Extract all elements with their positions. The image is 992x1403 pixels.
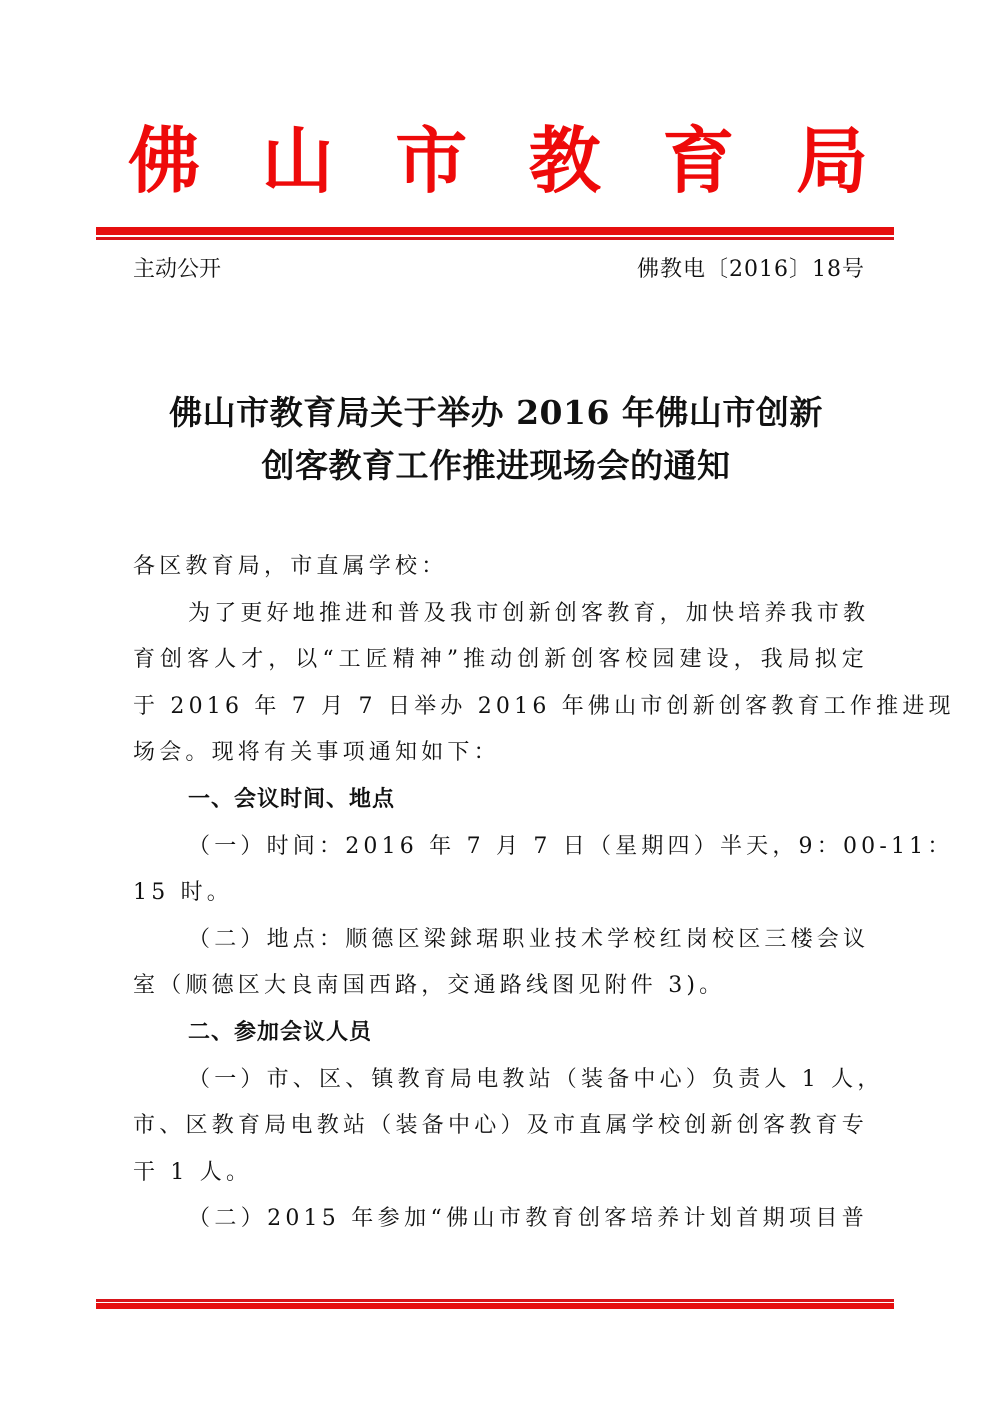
document-title: 佛山市教育局关于举办 2016 年佛山市创新 创客教育工作推进现场会的通知 [96,386,896,492]
masthead-char: 教 [529,118,601,204]
disclosure-label: 主动公开 [133,255,221,285]
header-rule-thick [96,227,894,235]
paragraph-line: 育创客人才，以“工匠精神”推动创新创客校园建设，我局拟定 [133,641,868,688]
title-line: 佛山市教育局关于举办 2016 年佛山市创新 [96,386,896,439]
footer-rule-thick [96,1303,894,1309]
paragraph-line: （一）时间：2016 年 7 月 7 日（星期四）半天，9：00-11： [133,828,868,875]
paragraph-line: 场会。现将有关事项通知如下： [133,734,868,781]
masthead-char: 山 [262,118,334,204]
masthead-char: 市 [395,118,467,204]
footer-rule-thin [96,1299,894,1302]
section-heading: 二、参加会议人员 [133,1014,868,1061]
document-body: 各区教育局，市直属学校： 为了更好地推进和普及我市创新创客教育，加快培养我市教 … [133,548,868,1247]
masthead-char: 育 [662,118,734,204]
paragraph-line: 为了更好地推进和普及我市创新创客教育，加快培养我市教 [133,595,868,642]
paragraph-line: （二）地点：顺德区梁銶琚职业技术学校红岗校区三楼会议 [133,921,868,968]
paragraph-line: 15 时。 [133,874,868,921]
document-number: 佛教电〔2016〕18号 [637,255,865,285]
paragraph-line: 干 1 人。 [133,1154,868,1201]
paragraph-line: 室（顺德区大良南国西路，交通路线图见附件 3)。 [133,967,868,1014]
paragraph-line: （一）市、区、镇教育局电教站（装备中心）负责人 1 人， [133,1061,868,1108]
header-rule-thin [96,237,894,240]
masthead-title: 佛 山 市 教 育 局 [128,118,868,204]
title-line: 创客教育工作推进现场会的通知 [96,439,896,492]
masthead-char: 局 [796,118,868,204]
masthead-char: 佛 [128,118,200,204]
paragraph-line: 市、区教育局电教站（装备中心）及市直属学校创新创客教育专 [133,1107,868,1154]
paragraph-line: 于 2016 年 7 月 7 日举办 2016 年佛山市创新创客教育工作推进现 [133,688,868,735]
section-heading: 一、会议时间、地点 [133,781,868,828]
salutation: 各区教育局，市直属学校： [133,548,868,595]
paragraph-line: （二）2015 年参加“佛山市教育创客培养计划首期项目普 [133,1200,868,1247]
